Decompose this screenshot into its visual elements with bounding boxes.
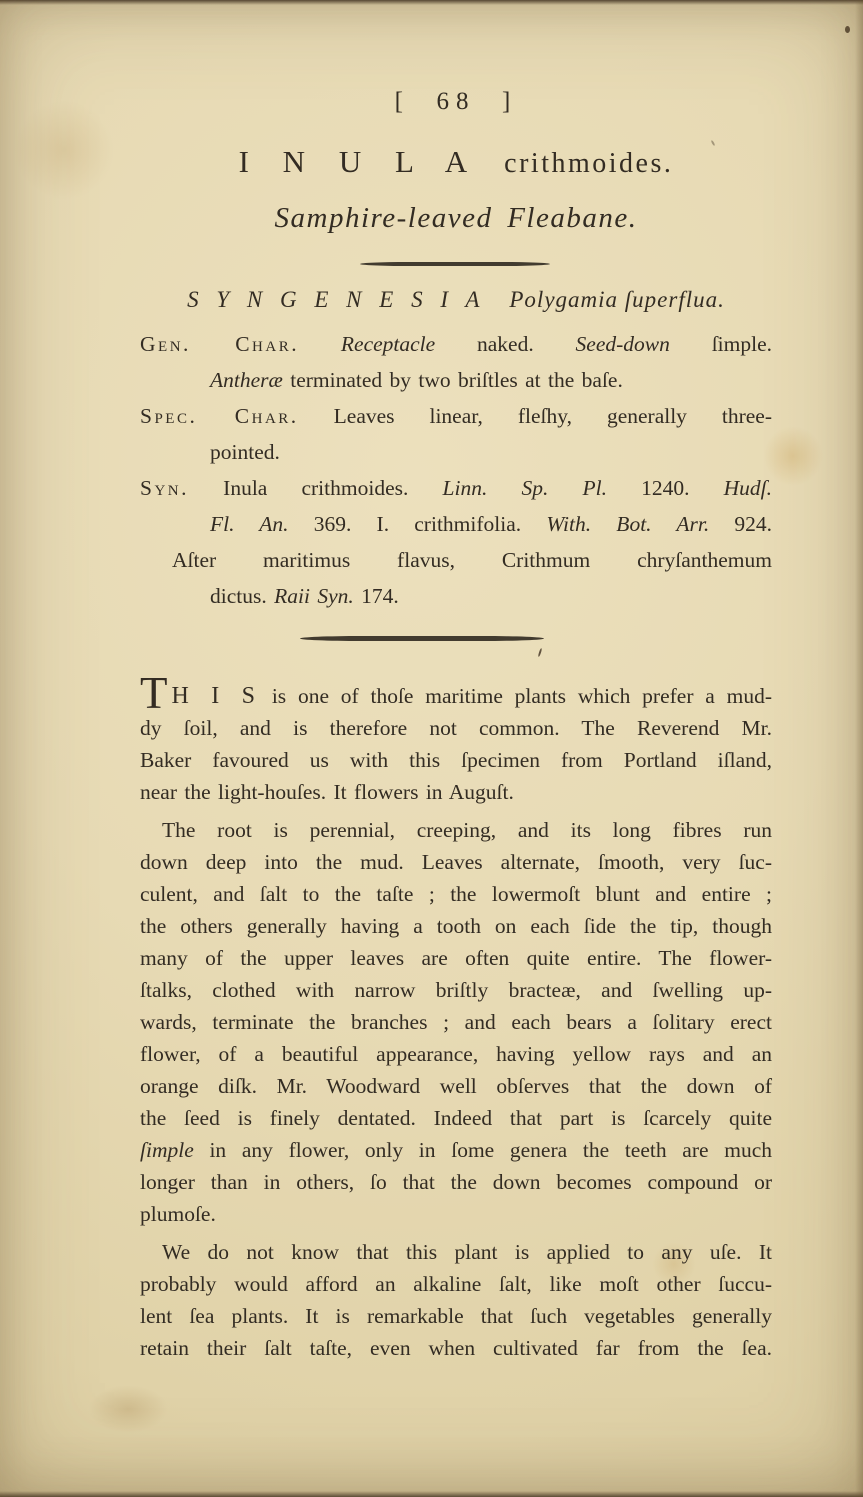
paper-stain bbox=[88, 1385, 168, 1433]
body-line: the ſeed is finely dentated. Indeed that… bbox=[140, 1102, 772, 1134]
body-line: the others generally having a tooth on e… bbox=[140, 910, 772, 942]
gen-char-label: Gen. Char. bbox=[140, 332, 299, 356]
body-line: orange diſk. Mr. Woodward well obſerves … bbox=[140, 1070, 772, 1102]
gen-char-term: Receptacle bbox=[341, 332, 435, 356]
divider-rule-top bbox=[360, 262, 550, 266]
class-name: S Y N G E N E S I A bbox=[187, 287, 485, 312]
paragraph-2: The root is perennial, creeping, and its… bbox=[140, 814, 772, 1230]
synonym-line-2: Fl. An. 369. I. crithmifolia. With. Bot.… bbox=[140, 506, 772, 542]
syn-text: Inula crithmoides. bbox=[223, 476, 408, 500]
spec-char-text: Leaves linear, fleſhy, generally three- bbox=[334, 404, 772, 428]
body-italic-word: ſimple bbox=[140, 1138, 194, 1162]
spec-char-label: Spec. Char. bbox=[140, 404, 299, 428]
gen-char-line-1: Gen. Char. Receptacle naked. Seed-down ſ… bbox=[140, 326, 772, 362]
drop-cap: T bbox=[140, 668, 168, 718]
body-line-text: is one of thoſe maritime plants which pr… bbox=[272, 684, 772, 708]
body-line: ſtalks, clothed with narrow briſtly brac… bbox=[140, 974, 772, 1006]
spec-char-line-1: Spec. Char. Leaves linear, fleſhy, gener… bbox=[140, 398, 772, 434]
gen-char-text: terminated by two briſtles at the baſe. bbox=[290, 368, 623, 392]
spec-char-line-2: pointed. bbox=[140, 434, 772, 470]
body-line: retain their ſalt taſte, even when culti… bbox=[140, 1332, 772, 1364]
syn-text: 369. I. crithmifolia. bbox=[314, 512, 521, 536]
paragraph-1: TH I S is one of thoſe maritime plants w… bbox=[140, 680, 772, 808]
body-line: We do not know that this plant is applie… bbox=[140, 1236, 772, 1268]
syn-text: 924. bbox=[734, 512, 772, 536]
body-line: The root is perennial, creeping, and its… bbox=[140, 814, 772, 846]
synonym-line-4: dictus. Raii Syn. 174. bbox=[140, 578, 772, 614]
species-title: I N U L Acrithmoides. bbox=[140, 144, 772, 180]
page-edge-bottom bbox=[0, 1491, 863, 1497]
gen-char-text: ſimple. bbox=[712, 332, 772, 356]
body-line: probably would afford an alkaline ſalt, … bbox=[140, 1268, 772, 1300]
lead-capitals: H I S bbox=[172, 683, 261, 709]
gen-char-term: Antheræ bbox=[210, 368, 283, 392]
syn-text: Aſter maritimus flavus, Crithmum chryſan… bbox=[172, 548, 772, 572]
body-line: plumoſe. bbox=[140, 1198, 772, 1230]
genus-name: I N U L A bbox=[239, 144, 481, 179]
body-line: wards, terminate the branches ; and each… bbox=[140, 1006, 772, 1038]
body-line: dy ſoil, and is therefore not common. Th… bbox=[140, 712, 772, 744]
body-line: down deep into the mud. Leaves alternate… bbox=[140, 846, 772, 878]
syn-label: Syn. bbox=[140, 476, 189, 500]
body-line: Baker favoured us with this ſpecimen fro… bbox=[140, 744, 772, 776]
syn-citation: Fl. An. bbox=[210, 512, 289, 536]
body-line-text: in any flower, only in ſome genera the t… bbox=[209, 1138, 772, 1162]
synonym-line-1: Syn. Inula crithmoides. Linn. Sp. Pl. 12… bbox=[140, 470, 772, 506]
spec-char-text: pointed. bbox=[210, 440, 280, 464]
taxonomy-section: Gen. Char. Receptacle naked. Seed-down ſ… bbox=[140, 326, 772, 614]
book-page: [ 68 ] I N U L Acrithmoides. Samphire-le… bbox=[0, 0, 863, 1497]
body-line: flower, of a beautiful appearance, havin… bbox=[140, 1038, 772, 1070]
ink-speck bbox=[845, 26, 850, 33]
gen-char-line-2: Antheræ terminated by two briſtles at th… bbox=[140, 362, 772, 398]
syn-citation: Linn. Sp. Pl. bbox=[443, 476, 607, 500]
syn-citation: Hudſ. bbox=[724, 476, 772, 500]
paragraph-3: We do not know that this plant is applie… bbox=[140, 1236, 772, 1364]
species-epithet: crithmoides. bbox=[504, 148, 673, 179]
synonym-line-3: Aſter maritimus flavus, Crithmum chryſan… bbox=[140, 542, 772, 578]
page-number: [ 68 ] bbox=[140, 88, 772, 116]
gen-char-term: Seed-down bbox=[576, 332, 670, 356]
divider-rule-middle bbox=[300, 636, 544, 641]
page-edge-right bbox=[855, 0, 863, 1497]
syn-text: 174. bbox=[361, 584, 399, 608]
ink-speck bbox=[538, 648, 543, 657]
common-name: Samphire-leaved Fleabane. bbox=[140, 202, 772, 235]
body-line: TH I S is one of thoſe maritime plants w… bbox=[140, 680, 772, 712]
body-line: culent, and ſalt to the taſte ; the lowe… bbox=[140, 878, 772, 910]
body-line: lent ſea plants. It is remarkable that ſ… bbox=[140, 1300, 772, 1332]
syn-text: 1240. bbox=[641, 476, 689, 500]
body-line: many of the upper leaves are often quite… bbox=[140, 942, 772, 974]
page-edge-top bbox=[0, 0, 863, 5]
paper-stain bbox=[14, 100, 114, 200]
gen-char-text: naked. bbox=[477, 332, 534, 356]
syn-citation: Raii Syn. bbox=[274, 584, 354, 608]
order-name: Polygamia ſuperflua. bbox=[509, 287, 724, 312]
body-line: longer than in others, ſo that the down … bbox=[140, 1166, 772, 1198]
syn-citation: With. Bot. Arr. bbox=[546, 512, 709, 536]
class-order-line: S Y N G E N E S I APolygamia ſuperflua. bbox=[140, 287, 772, 313]
body-line: near the light-houſes. It flowers in Aug… bbox=[140, 776, 772, 808]
body-line: ſimple in any flower, only in ſome gener… bbox=[140, 1134, 772, 1166]
syn-text: dictus. bbox=[210, 584, 267, 608]
